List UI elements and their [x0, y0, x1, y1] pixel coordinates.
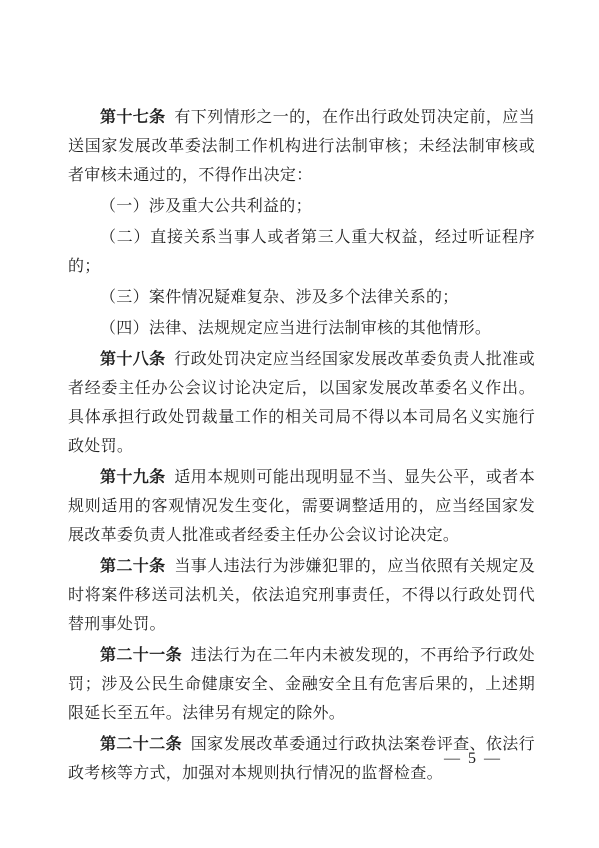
article-paragraph-21: 第二十一条违法行为在二年内未被发现的，不再给予行政处罚；涉及公民生命健康安全、金…: [68, 641, 535, 728]
article-label: 第十八条: [100, 351, 166, 368]
article-paragraph-19: 第十九条适用本规则可能出现明显不当、显失公平，或者本规则适用的客观情况发生变化，…: [68, 463, 535, 550]
page-number: — 5 —: [444, 749, 502, 769]
article-label: 第十九条: [100, 469, 166, 486]
article-paragraph-20: 第二十条当事人违法行为涉嫌犯罪的，应当依照有关规定及时将案件移送司法机关，依法追…: [68, 552, 535, 639]
article-label: 第十七条: [100, 109, 166, 126]
article-label: 第二十二条: [100, 736, 182, 753]
article-paragraph-17: 第十七条有下列情形之一的，在作出行政处罚决定前，应当送国家发展改革委法制工作机构…: [68, 103, 535, 190]
list-item-text: （三）案件情况疑难复杂、涉及多个法律关系的；: [100, 289, 459, 306]
list-item-1: （一）涉及重大公共利益的；: [68, 192, 535, 221]
list-item-text: （四）法律、法规规定应当进行法制审核的其他情形。: [100, 320, 491, 337]
article-label: 第二十条: [100, 558, 166, 575]
article-label: 第二十一条: [100, 647, 182, 664]
list-item-text: （二）直接关系当事人或者第三人重大权益，经过听证程序的；: [68, 229, 535, 275]
document-body: 第十七条有下列情形之一的，在作出行政处罚决定前，应当送国家发展改革委法制工作机构…: [68, 103, 535, 790]
list-item-text: （一）涉及重大公共利益的；: [100, 198, 312, 215]
list-item-2: （二）直接关系当事人或者第三人重大权益，经过听证程序的；: [68, 223, 535, 281]
list-item-3: （三）案件情况疑难复杂、涉及多个法律关系的；: [68, 283, 535, 312]
list-item-4: （四）法律、法规规定应当进行法制审核的其他情形。: [68, 314, 535, 343]
document-page: 第十七条有下列情形之一的，在作出行政处罚决定前，应当送国家发展改革委法制工作机构…: [0, 0, 599, 848]
article-paragraph-18: 第十八条行政处罚决定应当经国家发展改革委负责人批准或者经委主任办公会议讨论决定后…: [68, 345, 535, 461]
